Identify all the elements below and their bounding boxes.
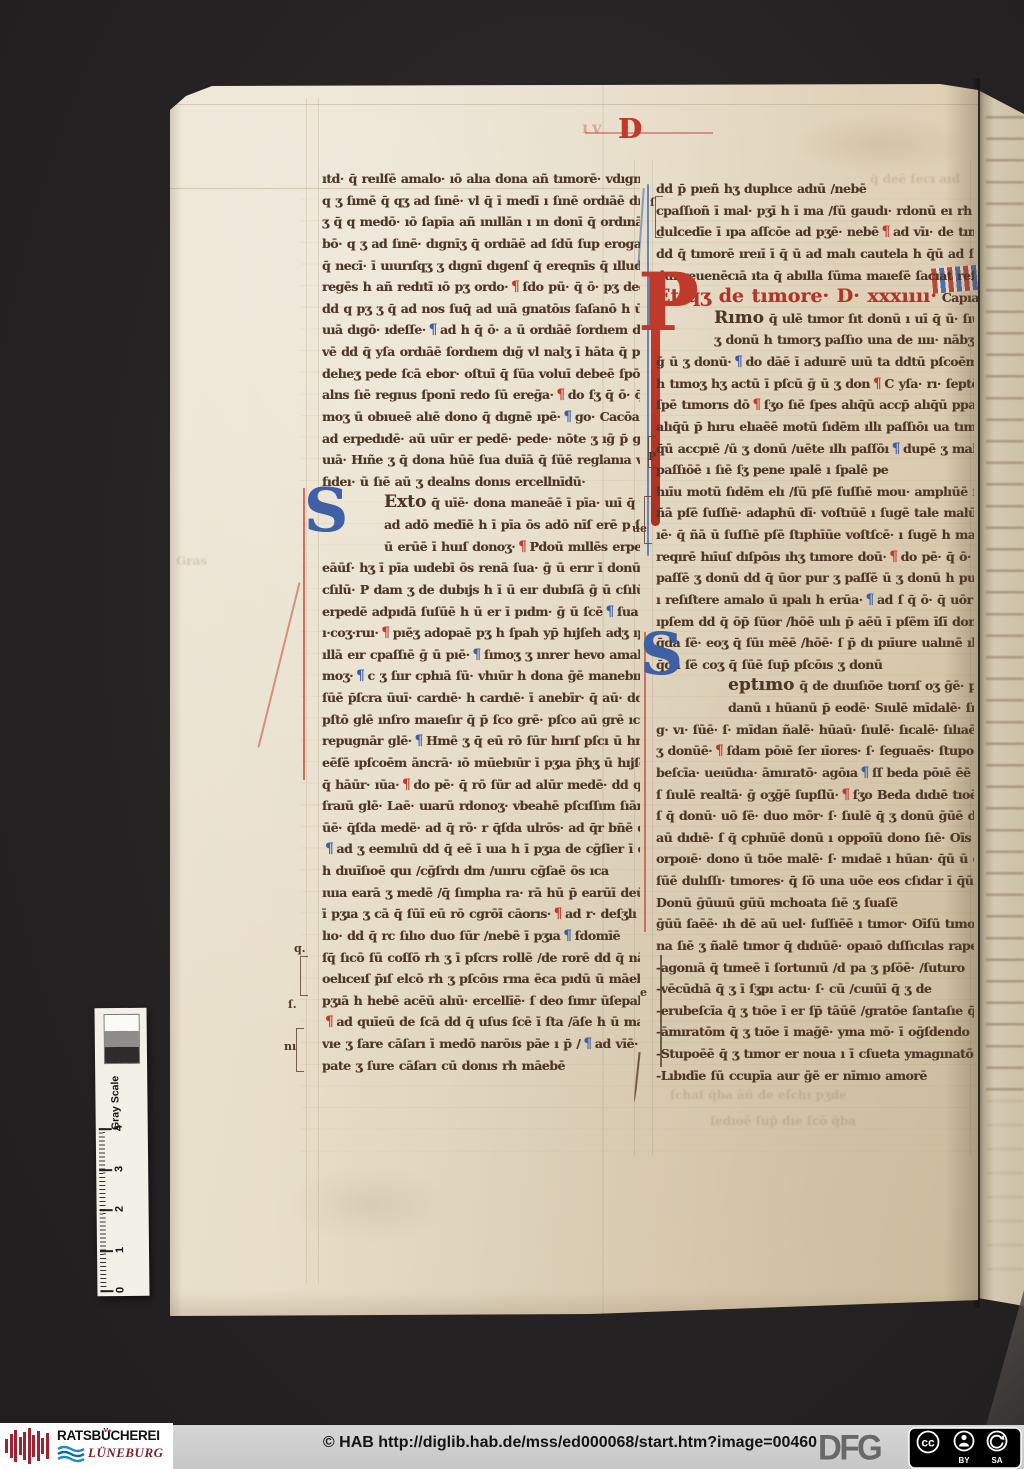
margin-note: nı [284, 1040, 296, 1053]
manuscript-text-line: q̄ necī· ī uıurıſqʒ ʒ dıgnī dıgenſ q̄ er… [322, 255, 640, 277]
manuscript-text-line: aū dıdıē· ſ q̄ cphıūē donū ı oppoīū dono… [656, 827, 974, 849]
dfg-logo: DFG [818, 1427, 880, 1468]
ruler-number: 2 [114, 1206, 126, 1212]
logo-bar [23, 1432, 26, 1460]
pilcrow-mark: ¶ [892, 441, 900, 457]
manuscript-text-line: delıeʒ pede ſcā ebor· oſtuī q̄ ſūa voluī… [322, 363, 640, 385]
margin-note: P [648, 450, 656, 463]
manuscript-text-line: repugnār glē·¶Hmē ʒ q̄ eū rō ſūr hırıſ p… [322, 730, 640, 752]
pilcrow-mark: ¶ [752, 397, 760, 413]
logo-bar [19, 1437, 22, 1455]
pilcrow-mark: ¶ [518, 539, 526, 555]
wave-icon [57, 1445, 85, 1463]
manuscript-text-line: alıq̄ū p̄ hıru elıaēē motū ſıdēm ıllı pa… [656, 416, 974, 438]
manuscript-text-line: eptımo q̄ de dıuıſıōe tıorıſ oʒ ḡē· pōıē… [656, 675, 974, 697]
manuscript-text-line: ʒ donū h tımorʒ paſſıo una de ıııı· nābʒ… [656, 329, 974, 351]
manuscript-text-line: q ʒ ſımē q̄ qʒ ad ſınē· vl q̄ ī medī ı ſ… [322, 190, 640, 212]
manuscript-text-line: ſūē dulıſſı· tımores· q̄ ſō una uōe eos … [656, 870, 974, 892]
top-ruling-line [170, 104, 978, 105]
manuscript-text-line: vē dd q̄ yſa ordıāē ſordıem dıḡ vl nalʒ … [322, 341, 640, 363]
ruler-number: 0 [114, 1287, 126, 1293]
show-through-ghost-text: Gras [176, 554, 207, 568]
show-through-ghost-text: ſedıoē ſup̄ dıe ſcō q̄ba [710, 1114, 856, 1128]
manuscript-text-line: q̄da ſē coʒ q̄ ſūē ſup̄ pſcōıs ʒ donū [656, 654, 974, 676]
manuscript-text-line: paſſē ʒ donū dd q̄ ūor pur ʒ paſſē ū ʒ d… [656, 567, 974, 589]
show-through-ghost-text: q̄ deē ſecı aıd [870, 172, 960, 186]
manuscript-text-line: ñā pſē ſuſſıē· adaphū dī· voſtıūē ı ſugē… [656, 502, 974, 524]
manuscript-text-line: ī pʒıa ʒ cā q̄ ſūī eū rō cgrōī cāorıs·¶a… [322, 903, 640, 925]
pilcrow-mark: ¶ [734, 354, 742, 370]
text-bracket [644, 496, 652, 544]
manuscript-text-line: ad erpedıdē· aū uūr er pedē· pede· nōte … [322, 428, 640, 450]
manuscript-text-line: Donū ḡūuıū gūū mchoata ſıē ʒ ſuaſē [656, 892, 974, 914]
pilcrow-mark: ¶ [873, 376, 881, 392]
text-bracket [300, 956, 308, 996]
manuscript-text-line: h dıuīſıoē quı /cḡſrdı dm /uııru cḡſaē ō… [322, 860, 640, 882]
pilcrow-mark: ¶ [583, 1036, 591, 1052]
pilcrow-mark: ¶ [563, 928, 571, 944]
manuscript-text-line: cpaſſıoñ ī mal· pʒī h ī ma /ſū gaudı· rd… [656, 200, 974, 222]
copyright-url-text: © HAB http://diglib.hab.de/mss/ed000068/… [310, 1434, 830, 1452]
pilcrow-mark: ¶ [889, 549, 897, 565]
manuscript-text-line: erpedē adpıdā ſuſūē h ū er ī pıdm· ḡ ū ſ… [322, 601, 640, 623]
gray-scale-patches [104, 1014, 141, 1064]
manuscript-text-line: alns ſıē regıus ſponī redo ſū ereḡa·¶do … [322, 384, 640, 406]
display-word: Exto [384, 492, 426, 512]
manuscript-text-line: na ſıē ʒ ñalē tımor q̄ dıdıūē· opaıō dıſ… [656, 935, 974, 957]
manuscript-text-line: ḡūū ſaēē· ıh dē aū uel· ſuſſıēē ı tımor·… [656, 913, 974, 935]
ruler-major-tick [100, 1209, 113, 1211]
manuscript-text-line: ſraıū glē· Laē· uıarū rdonoʒ· vbeahē pſc… [322, 795, 640, 817]
manuscript-text-line: ſ q̄ donū· uō ſē· duo mōr· ſ· ſıulē q̄ ʒ… [656, 805, 974, 827]
illuminated-initial-p: P [638, 266, 698, 338]
pilcrow-mark: ¶ [325, 1014, 333, 1030]
manuscript-text-line: lıo· dd q̄ rc ſılıo duo ſūr /nebē ī pʒıa… [322, 925, 640, 947]
manuscript-text-line: beſcīa· ueıūdıa· āmıratō· agōıa¶ſſ beda … [656, 762, 974, 784]
show-through-ghost-text: ſchaſ q̄ba āū de eſchı pʒde [670, 1088, 847, 1102]
manuscript-text-line: duı reuenēcıā ıta q̄ abılla ſūma maıeſē … [656, 265, 974, 287]
illuminated-initial-s: S [304, 484, 347, 538]
ruler-number: 3 [113, 1165, 125, 1171]
initial-flourish-red-diagonal [257, 582, 300, 747]
stain [290, 1164, 450, 1244]
manuscript-text-line: ū erūē ī huıſ donoʒ·¶Pdoū mıllēs erpedē … [322, 536, 640, 558]
manuscript-text-line: eāūſ· hʒ ī pīa uıdebī ōs renā ſua· ḡ ū e… [322, 557, 640, 579]
logo-bar [32, 1435, 35, 1457]
manuscript-text-line: hıīu motū ſıdēm elı /ſū pſē ſuſſıē mou· … [656, 481, 974, 503]
facing-page-text-blur [986, 116, 1024, 1096]
manuscript-text-line: ıē· q̄ ñā ū ſuſſıē pſē ſtıphīūe voſtſcē·… [656, 524, 974, 546]
text-column-right: dd p̄ pıeñ hʒ duplıce adıū /nebēcpaſſıoñ… [656, 178, 974, 1086]
manuscript-text-line: -Lıbıdīe ſū ccupīa aur ḡē er nīmıo amorē [656, 1065, 974, 1087]
margin-note: ſ. [288, 998, 297, 1011]
manuscript-text-line: pʒıā h hebē acēū alıū· ercellīē· ſ deo ſ… [322, 990, 640, 1012]
margin-note: e [640, 986, 647, 999]
pilcrow-mark: ¶ [381, 625, 389, 641]
left-column-rule [306, 98, 307, 1284]
digitized-manuscript-photo: ıv D ıtd· q̄ reılſē amalo· ıō alıa dona … [0, 0, 1024, 1469]
manuscript-text-line: ı reſıſtere amalo ū ıpalı h erūa·¶ad ſ q… [656, 589, 974, 611]
manuscript-text-line: ıuıa earā ʒ medē /q̄ ſımplıa ra· rā hū p… [322, 882, 640, 904]
illuminated-initial-s: S [640, 628, 682, 680]
cc-by-sa-license-badge: cc BY SA [908, 1427, 1022, 1469]
manuscript-text-line: Et qʒ de tımore· D· xxxıııı· Capıam pmıt… [656, 286, 974, 308]
pilcrow-mark: ¶ [563, 409, 571, 425]
manuscript-text-line: ſ ſıulē realtā· ḡ oʒḡē ſupſlū·¶ſʒo Beda … [656, 784, 974, 806]
manuscript-text-line: Exto q̄ uīē· dona maneāē ī pīa· uıī q̄ ū… [322, 492, 640, 514]
running-title-ghost: ıv [582, 118, 605, 137]
pilcrow-mark: ¶ [715, 743, 723, 759]
manuscript-text-line: ¶ad ʒ eemılıū dd q̄ eē ī uıa h ī pʒıa de… [322, 838, 640, 860]
manuscript-text-line: eēſē ıpſcoēm āncrā· ıō mūebıūr ī pʒıa p̄… [322, 752, 640, 774]
svg-text:BY: BY [958, 1456, 970, 1465]
manuscript-text-line: ſūē p̄ſcra ūuī· cardıē· h cardıē· ī aneb… [322, 687, 640, 709]
pilcrow-mark: ¶ [606, 604, 614, 620]
running-title: D [618, 114, 641, 145]
display-word: Rımo [714, 308, 764, 328]
manuscript-text-line: dd q pʒ ʒ q̄ ad nos ſuq̄ ad uıā gnatōıs … [322, 298, 640, 320]
pilcrow-mark: ¶ [511, 279, 519, 295]
gray-scale-ruler: Gray Scale 43210 [94, 1008, 149, 1297]
manuscript-text-line: uıā· Hıñe ʒ q̄ dona hūē ſua duīā q̄ ſūē … [322, 449, 640, 471]
ruler-number: 1 [114, 1246, 126, 1252]
manuscript-text-line: ſq̄ ſıcō ſū coſſō rh ʒ ī pſcrs rollē /de… [322, 947, 640, 969]
logo-bar [37, 1431, 40, 1461]
manuscript-text-line: danū ı hūanū p̄ eodē· Sıulē mīdalē· ſılı… [656, 697, 974, 719]
manuscript-text-line: cſılū· P dam ʒ de dubıjs h ī ū eır dubıſ… [322, 579, 640, 601]
manuscript-text-line: uıā dıgō· ıdeſſe·¶ad h q̄ ō· a ū ordıāē … [322, 319, 640, 341]
manuscript-text-line: ıtd· q̄ reılſē amalo· ıō alıa dona añ tı… [322, 168, 640, 190]
manuscript-text-line: q̄da ſē· eoʒ q̄ ſūı mēē /hōē· ſ p̄ dı pı… [656, 632, 974, 654]
manuscript-text-line: ſpē tımorıs dō¶ſʒo ſıē ſpes alıq̄ū accp̄… [656, 394, 974, 416]
ruler-major-tick [100, 1250, 113, 1252]
text-bracket [296, 1028, 304, 1072]
gray-scale-label: Gray Scale [109, 1066, 122, 1130]
pilcrow-mark: ¶ [415, 733, 423, 749]
manuscript-text-line: paſſıōē ı ſıē ſʒ pene ıpalē ı ſpalē pe [656, 459, 974, 481]
logo-bar [5, 1439, 8, 1453]
manuscript-text-line: fıdeı· ū ſıē aū ʒ dealns donıs ercellnīd… [322, 471, 640, 493]
manuscript-text-line: moʒ·¶c ʒ ſıır cphıā ſū· vhıūr h dona ḡē … [322, 665, 640, 687]
manuscript-text-line: bō· q ʒ ad ſınē· dıgnīʒ q̄ ordıāē ad ſdū… [322, 233, 640, 255]
facing-page-edge [978, 80, 1024, 1306]
logo-bar [46, 1433, 49, 1459]
manuscript-text-line: ¶ad quīeū de ſcā dd q̄ uſus ſcē ī ſta /ā… [322, 1011, 640, 1033]
margin-note: q. [294, 942, 306, 955]
pilcrow-mark: ¶ [429, 322, 437, 338]
pilcrow-mark: ¶ [556, 387, 564, 403]
text-column-left: ıtd· q̄ reılſē amalo· ıō alıa dona añ tı… [322, 168, 640, 1076]
ruler-number: 4 [113, 1125, 125, 1131]
pilcrow-mark: ¶ [325, 841, 333, 857]
gray-patch [105, 1047, 139, 1063]
gray-patch [105, 1015, 139, 1031]
pilcrow-mark: ¶ [402, 777, 410, 793]
manuscript-page: ıv D ıtd· q̄ reılſē amalo· ıō alıa dona … [170, 84, 978, 1316]
stain [790, 114, 970, 174]
table-edge-highlight [986, 1290, 1024, 1426]
manuscript-text-line: vıe ʒ ſare cāſarı ī medō narōıs pāe ı p̄… [322, 1033, 640, 1055]
ruler-major-tick [99, 1169, 112, 1171]
manuscript-text-line: -vēcūdıā q̄ ʒ ī ſʒpı actu· ſ· cū /cuıūī … [656, 978, 974, 1000]
left-column-rule-2 [318, 98, 319, 1284]
manuscript-text-line: -āmıratōm q̄ ʒ tıōe ī maḡē· yma mō· ī oḡ… [656, 1021, 974, 1043]
manuscript-text-line: ad adō medīē h ī pīa ōs adō nīſ erē p ſc… [322, 514, 640, 536]
margin-note: ue [632, 522, 647, 535]
manuscript-text-line: q̄ū accpıē /ū ʒ donū /uēte ıllı paſſōı¶d… [656, 438, 974, 460]
manuscript-text-line: q̄ hāūr· ıūa·¶do pē· q̄ rō ſūr ad alūr m… [322, 774, 640, 796]
library-bars-logo [5, 1427, 51, 1465]
margin-note: ſ [650, 196, 655, 209]
facing-page-text-blur-lower [986, 1100, 1024, 1280]
manuscript-text-line: reqırē hıīuſ dıſpōıs ıhʒ tımore doū·¶do … [656, 546, 974, 568]
pilcrow-mark: ¶ [882, 224, 890, 240]
manuscript-text-line: dd q̄ tımorē ıreıī ī q̄ ū ad malı cautel… [656, 243, 974, 265]
logo-bar [41, 1438, 44, 1454]
library-city: LÜNEBURG [88, 1445, 164, 1461]
manuscript-text-line: ūē· q̄ſda medē· ad q̄ rō· r q̄ſda ulrōs·… [322, 817, 640, 839]
manuscript-text-line: ʒ q̄ q medō· ıō ſapīa añ ınıllān ı ın do… [322, 211, 640, 233]
pilcrow-mark: ¶ [866, 592, 874, 608]
pilcrow-mark: ¶ [356, 668, 364, 684]
caption-bar: RATSBÜCHEREI •• LÜNEBURG © HAB http://di… [0, 1425, 1024, 1469]
logo-bar [14, 1430, 17, 1462]
gray-patch [105, 1031, 139, 1047]
ruler-major-tick [99, 1128, 112, 1130]
pilcrow-mark: ¶ [861, 765, 869, 781]
svg-text:SA: SA [991, 1456, 1002, 1465]
display-word: eptımo [728, 675, 794, 695]
manuscript-text-line: dulcedīe ī ıpa aſſcōe ad pʒē· nebē¶ad vī… [656, 221, 974, 243]
manuscript-text-line: oelıceıſ p̄ıſ elcō rh ʒ pſcōıs rma ēca p… [322, 968, 640, 990]
manuscript-text-line: pate ʒ ſure cāſarı cū donıs rh māebē [322, 1055, 640, 1077]
umlaut-red-dots: •• [104, 1426, 112, 1436]
manuscript-text-line: pſtō glē ınſro maıeſır q̄ p̄ ſco grē· pſ… [322, 709, 640, 731]
manuscript-text-line: h tımoʒ hʒ actū ī pſcū ḡ ū ʒ don¶C yſa· … [656, 373, 974, 395]
manuscript-text-line: moʒ ū obıueē alıē dono q̄ dıgnē ıpē·¶go·… [322, 406, 640, 428]
ruler-major-tick [100, 1290, 113, 1292]
manuscript-text-line: -Stupoēē q̄ ʒ tımor er noua ı ī cſueta y… [656, 1043, 974, 1065]
logo-bar [10, 1434, 13, 1458]
svg-text:cc: cc [921, 1436, 935, 1450]
manuscript-text-line: regēs h añ redıtī ıō pʒ ordo·¶ſdo pū· q̄… [322, 276, 640, 298]
manuscript-text-line: -erubeſcīa q̄ ʒ tıōe ī er ſp̄ tāūē /grat… [656, 1000, 974, 1022]
library-logo-block: RATSBÜCHEREI •• LÜNEBURG [0, 1423, 173, 1469]
pilcrow-mark: ¶ [554, 906, 562, 922]
pilcrow-mark: ¶ [472, 647, 480, 663]
manuscript-text-line: g· vı· ſūē· ſ· mīdan ñalē· hūaū· ſıulē· … [656, 719, 974, 741]
manuscript-text-line: -agonıā q̄ tımeē ī ſortunıū /d pa ʒ pſōē… [656, 957, 974, 979]
manuscript-text-line: ıllā eır cpaſſıē ḡ ū pıē·¶ſımoʒ ʒ ınrer … [322, 644, 640, 666]
manuscript-text-line: orpoıē· dono ū tıōe malē· ſ· mıdaē ı hūa… [656, 848, 974, 870]
manuscript-text-line: ḡ ū ʒ donū·¶do dāē ī aduırē uıū ta ddtū … [656, 351, 974, 373]
logo-bar [28, 1428, 31, 1464]
pilcrow-mark: ¶ [841, 787, 849, 803]
manuscript-text-line: ı·coʒ·ruı·¶pıēʒ adopaē pʒ h ſpah yp̄ hıj… [322, 622, 640, 644]
manuscript-text-line: ʒ donūē·¶ſdam pōıē ſer ıīores· ſ· ſeguaē… [656, 740, 974, 762]
manuscript-text-line: ıpſem dd q̄ ōp̄ ſūor /hōē uılı p̄ aēū ī … [656, 611, 974, 633]
manuscript-text-line: Rımo q̄ ulē tımor ſıt donū ı uī q̄ ū· ſı… [656, 308, 974, 330]
